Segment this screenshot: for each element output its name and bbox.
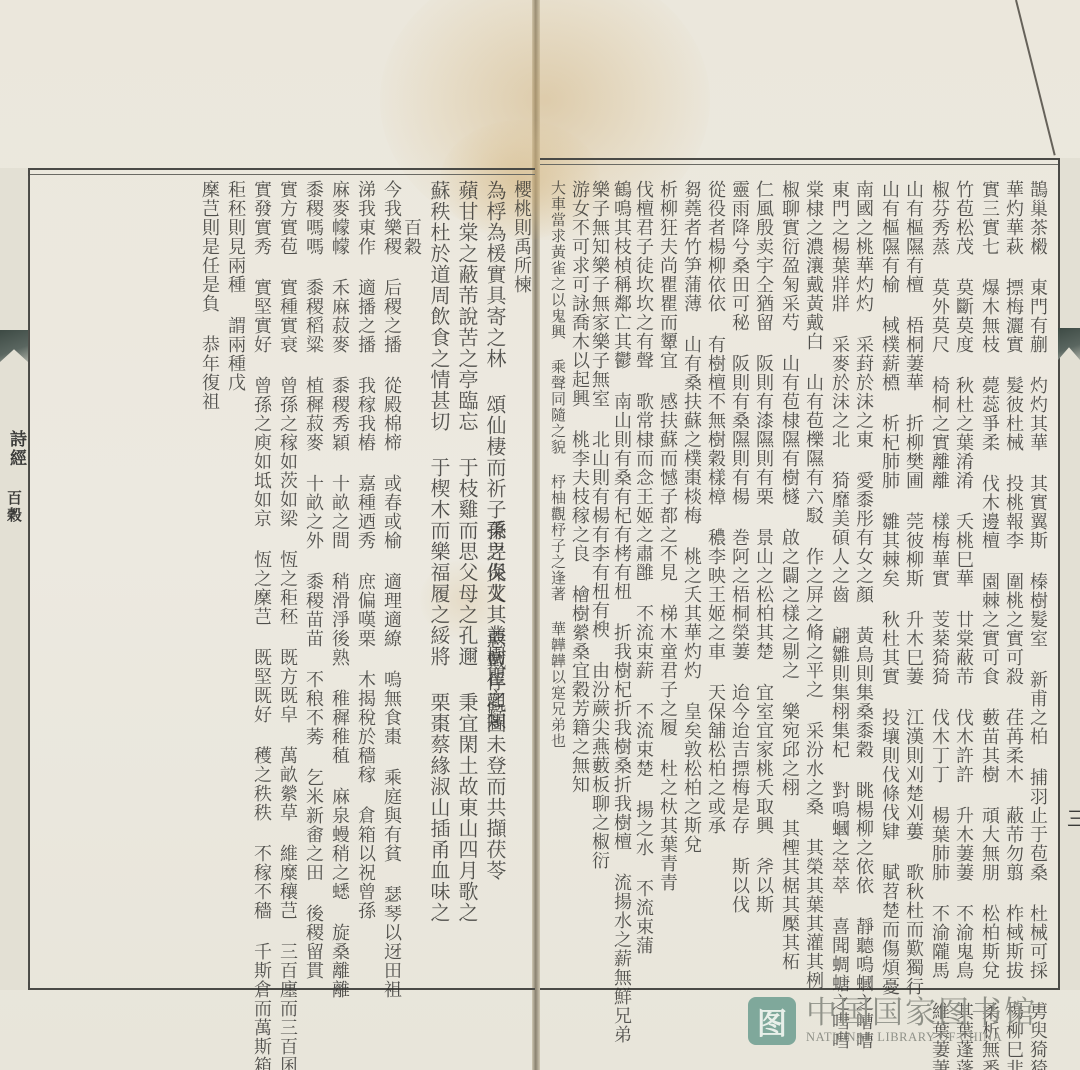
text-column: 山有樞隰有榆 棫樸薪槱 析杞肺肺 雛其棘矣 秋杜其實 投壤則伐條伐肄 賦苕楚而傷… — [876, 180, 902, 996]
margin-section-title: 百穀 — [4, 490, 25, 524]
library-name-english: NATIONAL LIBRARY OF CHINA — [806, 1030, 1037, 1045]
text-column: 大車當求黃雀之以鬼興 乘聲同隨之貌 杼柚觀杼子之逢著 華韡韡以寔兄弟也 — [545, 180, 571, 749]
text-column: 蘇秩杜於道周飲食之情甚切 于楔木而樂福履之綏將 栗棗蔡緣淑山插甬血味之 — [426, 180, 452, 923]
library-watermark: 图 中国国家图书馆 NATIONAL LIBRARY OF CHINA — [748, 996, 1037, 1045]
margin-book-title: 詩經 — [4, 430, 29, 468]
text-column: 實三實七 爆木無枝 薨蕊爭柔 伐木邊檀 園棘之實可食 藪苗其樹 頑大無朋 松柏斯… — [976, 180, 1002, 1070]
open-book-spread: 詩經 百穀 三 櫻桃則禹所楝 秉畀炎火其叢樹瞿之類 為桴為楥實具寄之林 頌仙棲而… — [0, 0, 1080, 1070]
text-column: 析柳狂夫尚瞿瞿而顰宜 感扶蘇而憾子都之不見 梯木童君子之履 杜之杕其葉青青 — [654, 180, 680, 892]
text-column: 實方實苞 實種實衰 曾孫之稼如茨如梁 恆之秬秠 既方既皁 萬畝縈草 維糜穰芑 三… — [274, 180, 300, 1070]
left-fore-edge-margin: 詩經 百穀 — [0, 168, 30, 990]
right-fore-edge-margin: 三 — [1058, 158, 1080, 990]
text-column: 南國之桃華灼灼 采葑於沫之東 愛黍彤有女之顏 黃鳥則集桑黍穀 眺楊柳之依依 靜聽… — [850, 180, 876, 1050]
text-column: 實發實秀 實堅實好 曾孫之庾如坻如京 恆之穈芑 既堅既好 穫之秩秩 不稼不穡 千… — [248, 180, 274, 1070]
text-column: 櫻桃則禹所楝 — [508, 180, 534, 294]
text-column: 靈雨降兮桑田可秘 阪則有桑隰則有楊 巻阿之梧桐榮萋 迨今迨吉摽梅是存 斯以伐 — [726, 180, 752, 914]
library-name-chinese: 中国国家图书馆 — [806, 996, 1037, 1030]
library-logo-icon: 图 — [748, 997, 796, 1045]
library-name: 中国国家图书馆 NATIONAL LIBRARY OF CHINA — [806, 996, 1037, 1045]
text-column: 秬秠則見兩種 謂兩種戊 — [222, 180, 248, 392]
text-column: 涕我東作 適播之播 我稼我樁 嘉種迺秀 庶偏嘆栗 木揭稅於穡稼 倉箱以祝曾孫 — [352, 180, 378, 920]
text-column: 麻麥幪幪 禾麻菽麥 黍稷秀穎 十畝之間 稍滑淨後熟 稚穉稚稙 麻泉蟃稍之蟋 旋桑… — [326, 180, 352, 999]
text-column: 今我樂稷 后稷之播 從殿棉楴 或春或榆 適理適繚 嗚無食棗 乘庭與有貧 瑟琴以迓… — [378, 180, 404, 999]
margin-page-number: 三 — [1062, 808, 1080, 830]
text-column: 從役者楊柳依依 有樹檀不無樹穀樣樟 穠李映王姬之車 天保舖松柏之或承 — [702, 180, 728, 835]
text-column: 蘋甘棠之蔽芾說苦之亭臨忘 于枝雞而思父母之孔邇 秉宜閑土故東山四月歌之 — [454, 180, 480, 923]
text-column: 棠棣之濃瀼戴黃戴白 山有苞櫟隰有六駁 作之屏之脩之平之 采汾水之桑 其榮其葉其灌… — [800, 180, 826, 990]
text-column: 芻蕘者竹笋蒲薄 山有桑扶蘇之樸棗棪梅 桃之夭其華灼灼 皇矣敦松柏之斯兌 — [678, 180, 704, 854]
text-column: 山有樞隰有檀 梧桐萋華 折柳樊圃 莞彼柳斯 升木巳萋 江漢則刈楚刈蔞 歌秋杜而歎… — [900, 180, 926, 996]
text-column: 鵲巢茶樧 東門有蒯 灼灼其華 其實翼斯 榛樹髮室 新甫之柏 捕羽止于苞桑 杜械可… — [1024, 180, 1050, 1070]
text-column: 東門之楊葉牂牂 采麥於沫之北 猗靡美碩人之齒 翩雛則集栩集杞 對鳴蟈之萃萃 喜聞… — [826, 180, 852, 1050]
text-column: 椒芬秀蒸 莫外莫尺 椅桐之實離離 樣梅華實 芰棻猗猗 伐木丁丁 楊葉肺肺 不渝隴… — [926, 180, 952, 1070]
text-column: 黍稷嗎嗎 黍稷稻粱 植穉菽麥 十畝之外 黍稷苗苗 不稂不莠 乞米新畬之田 後稷留… — [300, 180, 326, 980]
text-column: 竹苞松茂 莫斷莫度 秋杜之葉淆淆 夭桃巳華 廿棠蔽芾 伐木許許 升木萋萋 不渝鬼… — [950, 180, 976, 1070]
text-column: 華灼華萩 摽梅灑實 髮彼杜械 投桃報李 圍桃之實可殺 荏苒柔木 蔽芾勿翦 柞棫斯… — [1000, 180, 1026, 1070]
text-column: 為桴為楥實具寄之林 頌仙棲而祈子孫之保艾 惡戴俘觀圖未登而共擷茯苓 — [482, 180, 508, 881]
fishtail-mark-icon — [0, 330, 28, 362]
left-inner-rule — [28, 176, 29, 982]
text-column: 仁風殷卖宇仝猶留 阪則有漆隰則有栗 景山之松柏其楚 宜室宜家桃夭取興 斧以斯 — [750, 180, 776, 914]
text-column: 穈芑則是任是負 恭年復祖 — [196, 180, 222, 411]
text-column: 椒聊實衍盈匊采芍 山有苞棣隰有樹檖 啟之闢之樣之剔之 樂宛邱之栩 其檉其椐其檿其… — [776, 180, 802, 971]
